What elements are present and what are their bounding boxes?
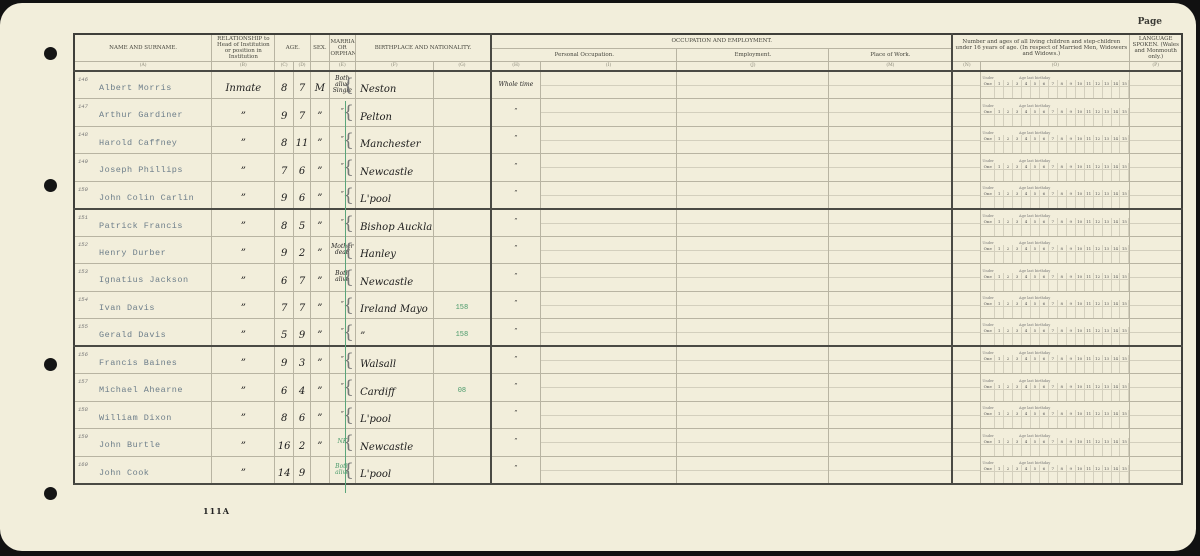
kids-entry-row xyxy=(981,115,1129,126)
kids-age-row: One123456789101112131415 xyxy=(981,438,1129,445)
age-years-cell: 9 xyxy=(275,181,293,209)
schedule-number: 147 xyxy=(78,103,88,110)
occupation-i-cell xyxy=(540,319,677,347)
children-count-cell xyxy=(952,429,981,457)
employment-cell xyxy=(677,374,829,402)
language-cell xyxy=(1130,429,1182,457)
col-index: (m) xyxy=(829,62,952,72)
sex-cell: ” xyxy=(311,401,329,429)
age-months: 9 xyxy=(299,468,305,479)
occupation-i-cell xyxy=(540,181,677,209)
age-months: 3 xyxy=(299,358,305,369)
brace-mark: { xyxy=(343,76,354,96)
page-label: Page xyxy=(1138,17,1162,27)
age-years: 9 xyxy=(281,111,287,122)
age-years-cell: 6 xyxy=(275,374,293,402)
birthplace-cell: Cardiff xyxy=(356,374,434,402)
occupation: ” xyxy=(514,190,517,197)
table-row: 155 Gerald Davis ” 5 9 ” ” { ” 158 ” Und… xyxy=(74,319,1182,347)
relationship: ” xyxy=(241,358,246,369)
marriage-cell: ” { xyxy=(329,374,356,402)
sex: ” xyxy=(317,276,322,287)
name-cell: 158 William Dixon xyxy=(74,401,212,429)
occupation-i-cell xyxy=(540,236,677,264)
nationality-cell: 158 xyxy=(433,291,491,319)
age-months-cell: 4 xyxy=(293,374,310,402)
language-cell xyxy=(1130,181,1182,209)
age-years-cell: 8 xyxy=(275,126,293,154)
age-years: 9 xyxy=(281,358,287,369)
kids-age-row: One123456789101112131415 xyxy=(981,327,1129,334)
schedule-number: 148 xyxy=(78,131,88,138)
employment-cell xyxy=(677,154,829,182)
col-index: (e) xyxy=(329,62,356,72)
sex: ” xyxy=(317,358,322,369)
occupation: ” xyxy=(514,135,517,142)
language-cell xyxy=(1130,236,1182,264)
marriage-cell: ” { xyxy=(329,209,356,237)
schedule-number: 146 xyxy=(78,76,88,83)
sex-cell: ” xyxy=(311,291,329,319)
children-count-cell xyxy=(952,374,981,402)
age-years: 8 xyxy=(281,413,287,424)
children-count-cell xyxy=(952,319,981,347)
place-of-work-cell xyxy=(829,209,952,237)
language-cell xyxy=(1130,291,1182,319)
relationship-cell: ” xyxy=(212,374,275,402)
age-months: 6 xyxy=(299,413,305,424)
age-months: 2 xyxy=(299,248,305,259)
marriage-cell: Both alive { xyxy=(329,264,356,292)
birthplace-cell: Newcastle xyxy=(356,154,434,182)
children-count-cell xyxy=(952,99,981,127)
relationship-cell: ” xyxy=(212,401,275,429)
kids-age-row: One123456789101112131415 xyxy=(981,108,1129,115)
age-years-cell: 7 xyxy=(275,291,293,319)
employment-cell xyxy=(677,401,829,429)
birthplace-cell: L'pool xyxy=(356,456,434,484)
header-personal-occupation: Personal Occupation. xyxy=(491,48,677,61)
place-of-work-cell xyxy=(829,71,952,99)
employment-cell xyxy=(677,346,829,374)
occupation: ” xyxy=(514,273,517,280)
nationality-cell xyxy=(433,401,491,429)
children-ages-grid: Under Age last birthday One1234567891011… xyxy=(981,154,1130,182)
age-months: 11 xyxy=(296,138,309,149)
occupation-h-cell: ” xyxy=(491,264,540,292)
marriage-cell: ” { xyxy=(329,181,356,209)
age-years-cell: 9 xyxy=(275,346,293,374)
schedule-number: 156 xyxy=(78,351,88,358)
col-index: (c) xyxy=(275,62,293,72)
name-cell: 153 Ignatius Jackson xyxy=(74,264,212,292)
birthplace-cell: Newcastle xyxy=(356,264,434,292)
schedule-number: 154 xyxy=(78,296,88,303)
place-of-work-cell xyxy=(829,264,952,292)
age-years: 8 xyxy=(281,221,287,232)
person-name: Henry Durber xyxy=(99,248,166,258)
nationality-cell xyxy=(433,154,491,182)
birthplace: Newcastle xyxy=(360,277,413,288)
table-row: 158 William Dixon ” 8 6 ” ” { L'pool ” U… xyxy=(74,401,1182,429)
occupation-i-cell xyxy=(540,209,677,237)
table-row: 148 Harold Caffney ” 8 11 ” ” { Manchest… xyxy=(74,126,1182,154)
place-of-work-cell xyxy=(829,401,952,429)
sex-cell: ” xyxy=(311,374,329,402)
occupation: ” xyxy=(514,108,517,115)
occupation: ” xyxy=(514,300,517,307)
punch-hole xyxy=(44,179,57,192)
age-months: 9 xyxy=(299,330,305,341)
children-count-cell xyxy=(952,71,981,99)
person-name: William Dixon xyxy=(99,413,172,423)
place-of-work-cell xyxy=(829,346,952,374)
relationship: ” xyxy=(241,248,246,259)
col-index: (i) xyxy=(540,62,677,72)
age-years-cell: 9 xyxy=(275,99,293,127)
name-cell: 151 Patrick Francis xyxy=(74,209,212,237)
nationality-code: 08 xyxy=(458,387,466,395)
name-cell: 159 John Burtle xyxy=(74,429,212,457)
sex-cell: ” xyxy=(311,154,329,182)
birthplace-cell: Neston xyxy=(356,71,434,99)
place-of-work-cell xyxy=(829,374,952,402)
relationship: ” xyxy=(241,330,246,341)
relationship: ” xyxy=(241,111,246,122)
marriage-cell: ” { xyxy=(329,99,356,127)
name-cell: 149 Joseph Phillips xyxy=(74,154,212,182)
language-cell xyxy=(1130,346,1182,374)
age-years: 16 xyxy=(278,441,291,452)
occupation-h-cell: ” xyxy=(491,181,540,209)
birthplace: Cardiff xyxy=(360,387,395,398)
marriage-cell: ” { xyxy=(329,319,356,347)
person-name: Patrick Francis xyxy=(99,221,183,231)
occupation-i-cell xyxy=(540,429,677,457)
col-index: (a) xyxy=(74,62,212,72)
age-months: 7 xyxy=(299,303,305,314)
relationship-cell: ” xyxy=(212,429,275,457)
person-name: John Colin Carlin xyxy=(99,193,194,203)
language-cell xyxy=(1130,374,1182,402)
children-count-cell xyxy=(952,126,981,154)
person-name: Arthur Gardiner xyxy=(99,110,183,120)
language-cell xyxy=(1130,456,1182,484)
children-ages-grid: Under Age last birthday One1234567891011… xyxy=(981,429,1130,457)
table-row: 160 John Cook ” 14 9 Both alive { L'pool… xyxy=(74,456,1182,484)
employment-cell xyxy=(677,71,829,99)
kids-entry-row xyxy=(981,170,1129,181)
children-count-cell xyxy=(952,456,981,484)
kids-entry-row xyxy=(981,87,1129,98)
children-count-cell xyxy=(952,264,981,292)
children-ages-grid: Under Age last birthday One1234567891011… xyxy=(981,71,1130,99)
occupation: ” xyxy=(514,383,517,390)
birthplace: Walsall xyxy=(360,359,396,370)
occupation-i-cell xyxy=(540,346,677,374)
schedule-number: 152 xyxy=(78,241,88,248)
occupation: ” xyxy=(514,465,517,472)
employment-cell xyxy=(677,209,829,237)
schedule-number: 158 xyxy=(78,406,88,413)
sex-cell xyxy=(311,456,329,484)
nationality-cell xyxy=(433,181,491,209)
children-ages-grid: Under Age last birthday One1234567891011… xyxy=(981,99,1130,127)
occupation: ” xyxy=(514,438,517,445)
children-ages-grid: Under Age last birthday One1234567891011… xyxy=(981,209,1130,237)
employment-cell xyxy=(677,264,829,292)
age-years: 6 xyxy=(281,276,287,287)
nationality-code: 158 xyxy=(456,331,469,339)
name-cell: 157 Michael Ahearne xyxy=(74,374,212,402)
person-name: John Cook xyxy=(99,468,149,478)
occupation-i-cell xyxy=(540,154,677,182)
children-ages-grid: Under Age last birthday One1234567891011… xyxy=(981,456,1130,484)
kids-entry-row xyxy=(981,445,1129,456)
occupation-h-cell: ” xyxy=(491,401,540,429)
birthplace-cell: Walsall xyxy=(356,346,434,374)
table-row: 153 Ignatius Jackson ” 6 7 ” Both alive … xyxy=(74,264,1182,292)
children-ages-grid: Under Age last birthday One1234567891011… xyxy=(981,126,1130,154)
schedule-number: 157 xyxy=(78,378,88,385)
occupation-h-cell: Whole time xyxy=(491,71,540,99)
birthplace: Ireland Mayo xyxy=(360,304,428,315)
name-cell: 156 Francis Baines xyxy=(74,346,212,374)
ditto-line xyxy=(345,101,346,493)
nationality-cell xyxy=(433,99,491,127)
kids-entry-row xyxy=(981,362,1129,373)
birthplace: Newcastle xyxy=(360,167,413,178)
nationality-cell xyxy=(433,126,491,154)
place-of-work-cell xyxy=(829,154,952,182)
header-employment: Employment. xyxy=(677,48,829,61)
age-years: 7 xyxy=(281,166,287,177)
kids-age-row: One123456789101112131415 xyxy=(981,218,1129,225)
relationship: ” xyxy=(241,138,246,149)
nationality-cell xyxy=(433,264,491,292)
header-age: AGE. xyxy=(275,34,311,62)
age-months: 6 xyxy=(299,166,305,177)
occupation: ” xyxy=(514,410,517,417)
marriage-cell: NK { xyxy=(329,429,356,457)
person-name: Michael Ahearne xyxy=(99,385,183,395)
age-months-cell: 7 xyxy=(293,99,310,127)
children-ages-grid: Under Age last birthday One1234567891011… xyxy=(981,181,1130,209)
place-of-work-cell xyxy=(829,319,952,347)
birthplace-cell: Manchester xyxy=(356,126,434,154)
place-of-work-cell xyxy=(829,456,952,484)
children-ages-grid: Under Age last birthday One1234567891011… xyxy=(981,236,1130,264)
marriage-cell: Mother dead { xyxy=(329,236,356,264)
punch-hole xyxy=(44,358,57,371)
birthplace: L'pool xyxy=(360,414,391,425)
sex: ” xyxy=(317,386,322,397)
birthplace: Neston xyxy=(360,84,396,95)
name-cell: 152 Henry Durber xyxy=(74,236,212,264)
birthplace-cell: ” xyxy=(356,319,434,347)
punch-hole xyxy=(44,47,57,60)
age-years: 14 xyxy=(278,468,291,479)
age-months-cell: 9 xyxy=(293,319,310,347)
age-months-cell: 6 xyxy=(293,401,310,429)
header-relationship: RELATIONSHIP to Head of Institution or p… xyxy=(212,34,275,62)
employment-cell xyxy=(677,126,829,154)
birthplace: Bishop Auckland xyxy=(360,222,433,233)
sex: ” xyxy=(317,138,322,149)
age-months-cell: 5 xyxy=(293,209,310,237)
kids-entry-row xyxy=(981,307,1129,318)
schedule-number: 153 xyxy=(78,268,88,275)
sex-cell: ” xyxy=(311,209,329,237)
occupation-h-cell: ” xyxy=(491,291,540,319)
age-months: 7 xyxy=(299,111,305,122)
col-index: (o) xyxy=(981,62,1130,72)
marriage-cell: ” { xyxy=(329,126,356,154)
marriage-cell: ” { xyxy=(329,401,356,429)
sex-cell: ” xyxy=(311,346,329,374)
birthplace-cell: Ireland Mayo xyxy=(356,291,434,319)
table-row: 149 Joseph Phillips ” 7 6 ” ” { Newcastl… xyxy=(74,154,1182,182)
relationship: ” xyxy=(241,193,246,204)
relationship-cell: ” xyxy=(212,209,275,237)
kids-entry-row xyxy=(981,417,1129,428)
place-of-work-cell xyxy=(829,291,952,319)
employment-cell xyxy=(677,181,829,209)
birthplace-cell: Hanley xyxy=(356,236,434,264)
language-cell xyxy=(1130,99,1182,127)
occupation-h-cell: ” xyxy=(491,319,540,347)
children-count-cell xyxy=(952,181,981,209)
relationship: ” xyxy=(241,468,246,479)
age-months-cell: 7 xyxy=(293,291,310,319)
header-birthplace: BIRTHPLACE and NATIONALITY. xyxy=(356,34,492,62)
col-index: (j) xyxy=(677,62,829,72)
kids-entry-row xyxy=(981,334,1129,345)
sex-cell: ” xyxy=(311,126,329,154)
language-cell xyxy=(1130,209,1182,237)
col-index: (d) xyxy=(293,62,310,72)
age-months-cell: 7 xyxy=(293,71,310,99)
occupation: ” xyxy=(514,328,517,335)
birthplace: ” xyxy=(360,331,365,342)
person-name: Ivan Davis xyxy=(99,303,155,313)
age-months-cell: 3 xyxy=(293,346,310,374)
occupation-h-cell: ” xyxy=(491,346,540,374)
header-sex: SEX. xyxy=(311,34,329,62)
age-months: 7 xyxy=(299,83,305,94)
birthplace-cell: L'pool xyxy=(356,401,434,429)
sex: ” xyxy=(317,248,322,259)
nationality-cell: 158 xyxy=(433,319,491,347)
age-years-cell: 8 xyxy=(275,401,293,429)
sex: ” xyxy=(317,413,322,424)
age-years: 5 xyxy=(281,330,287,341)
language-cell xyxy=(1130,401,1182,429)
language-cell xyxy=(1130,319,1182,347)
birthplace-cell: Newcastle xyxy=(356,429,434,457)
age-months: 4 xyxy=(299,386,305,397)
nationality-cell xyxy=(433,456,491,484)
relationship: ” xyxy=(241,303,246,314)
census-table: NAME and SURNAME. RELATIONSHIP to Head o… xyxy=(73,33,1183,485)
language-cell xyxy=(1130,154,1182,182)
employment-cell xyxy=(677,236,829,264)
birthplace-cell: Pelton xyxy=(356,99,434,127)
name-cell: 160 John Cook xyxy=(74,456,212,484)
relationship: ” xyxy=(241,166,246,177)
occupation-h-cell: ” xyxy=(491,374,540,402)
birthplace: Pelton xyxy=(360,112,392,123)
age-years: 9 xyxy=(281,193,287,204)
employment-cell xyxy=(677,429,829,457)
language-cell xyxy=(1130,126,1182,154)
age-years: 8 xyxy=(281,83,287,94)
occupation-h-cell: ” xyxy=(491,154,540,182)
col-index: (f) xyxy=(356,62,434,72)
sex-cell: ” xyxy=(311,236,329,264)
table-row: 152 Henry Durber ” 9 2 ” Mother dead { H… xyxy=(74,236,1182,264)
relationship-cell: ” xyxy=(212,154,275,182)
children-ages-grid: Under Age last birthday One1234567891011… xyxy=(981,291,1130,319)
occupation-i-cell xyxy=(540,99,677,127)
age-months-cell: 9 xyxy=(293,456,310,484)
age-months: 6 xyxy=(299,193,305,204)
children-count-cell xyxy=(952,346,981,374)
relationship: ” xyxy=(241,413,246,424)
age-months-cell: 6 xyxy=(293,181,310,209)
person-name: John Burtle xyxy=(99,440,161,450)
age-years-cell: 7 xyxy=(275,154,293,182)
table-row: 151 Patrick Francis ” 8 5 ” ” { Bishop A… xyxy=(74,209,1182,237)
name-cell: 146 Albert Morris xyxy=(74,71,212,99)
sex: ” xyxy=(317,193,322,204)
birthplace: Newcastle xyxy=(360,442,413,453)
employment-cell xyxy=(677,99,829,127)
children-count-cell xyxy=(952,401,981,429)
kids-age-row: One123456789101112131415 xyxy=(981,273,1129,280)
col-index xyxy=(311,62,329,72)
kids-age-row: One123456789101112131415 xyxy=(981,465,1129,472)
age-years: 9 xyxy=(281,248,287,259)
birthplace-cell: L'pool xyxy=(356,181,434,209)
age-months: 7 xyxy=(299,276,305,287)
table-row: 157 Michael Ahearne ” 6 4 ” ” { Cardiff … xyxy=(74,374,1182,402)
table-row: 156 Francis Baines ” 9 3 ” ” { Walsall ”… xyxy=(74,346,1182,374)
kids-entry-row xyxy=(981,197,1129,208)
birthplace: L'pool xyxy=(360,194,391,205)
occupation: ” xyxy=(514,218,517,225)
occupation-i-cell xyxy=(540,71,677,99)
children-count-cell xyxy=(952,291,981,319)
birthplace: Hanley xyxy=(360,249,396,260)
relationship-cell: ” xyxy=(212,346,275,374)
kids-age-row: One123456789101112131415 xyxy=(981,245,1129,252)
person-name: Ignatius Jackson xyxy=(99,275,189,285)
marriage-cell: ” { xyxy=(329,291,356,319)
occupation-i-cell xyxy=(540,126,677,154)
col-index: (p) xyxy=(1130,62,1182,72)
children-ages-grid: Under Age last birthday One1234567891011… xyxy=(981,346,1130,374)
schedule-number: 160 xyxy=(78,461,88,468)
relationship-cell: ” xyxy=(212,291,275,319)
kids-entry-row xyxy=(981,390,1129,401)
age-months-cell: 2 xyxy=(293,236,310,264)
occupation: Whole time xyxy=(499,81,534,88)
table-row: 159 John Burtle ” 16 2 ” NK { Newcastle … xyxy=(74,429,1182,457)
kids-age-row: One123456789101112131415 xyxy=(981,383,1129,390)
nationality-cell xyxy=(433,429,491,457)
person-name: Francis Baines xyxy=(99,358,177,368)
